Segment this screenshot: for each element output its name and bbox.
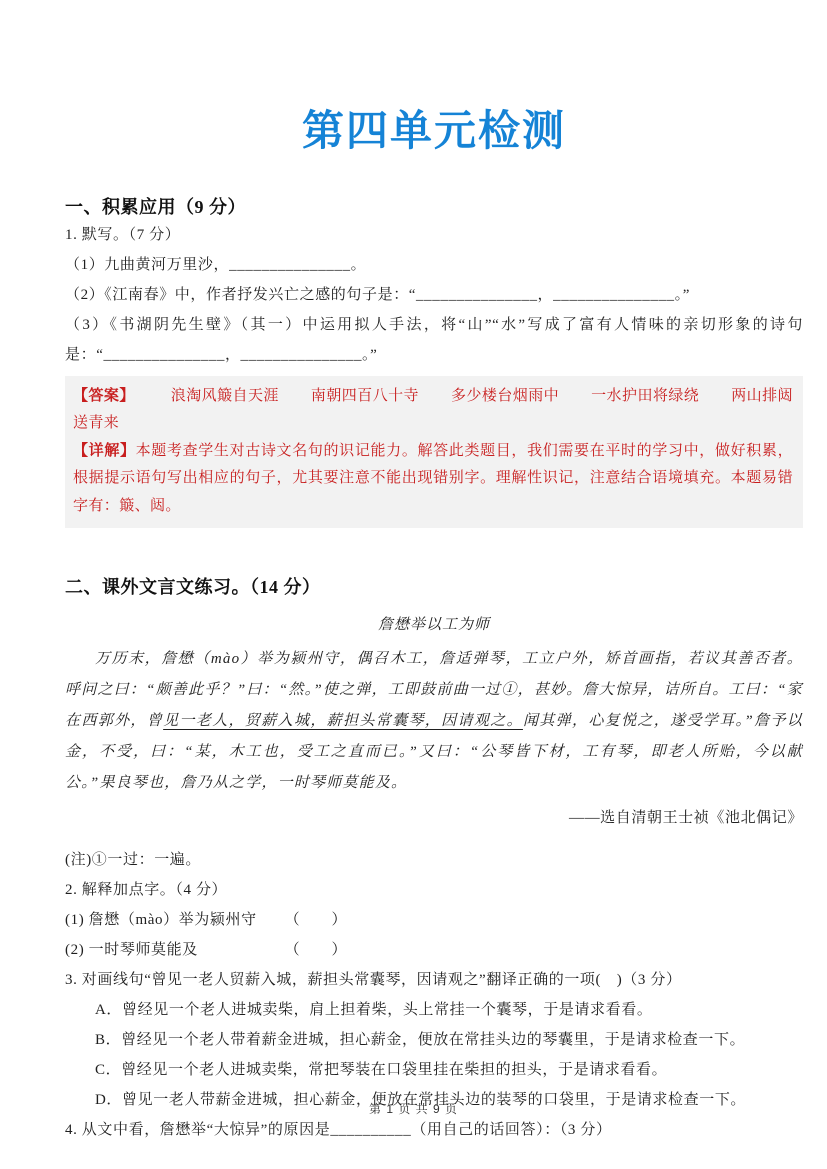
option-a: A．曾经见一个老人进城卖柴，肩上担着柴，头上常挂一个囊琴，于是请求看看。 [65, 995, 803, 1025]
question2-stem: 2. 解释加点字。（4 分） [65, 875, 803, 905]
answer-block: 【答案】浪淘风簸自天涯南朝四百八十寺多少楼台烟雨中一水护田将绿绕两山排闼送青来 … [65, 376, 803, 529]
item-number: (2) [65, 942, 84, 958]
answer-parentheses: （ ） [285, 942, 347, 958]
exam-title: 第四单元检测 [65, 105, 803, 158]
passage-note: (注)①一过：一遍。 [65, 845, 803, 875]
page-number: 第 1 页 共 9 页 [0, 1100, 827, 1117]
answer-item-4: 一水护田将绿绕 [591, 388, 699, 404]
item-number: (1) [65, 912, 84, 928]
question3-stem: 3. 对画线句“曾见一老人贸薪入城，薪担头常囊琴，因请观之”翻译正确的一项( )… [65, 965, 803, 995]
detail-label: 【详解】 [73, 443, 136, 459]
passage: 万历末，詹懋（mào）举为颍州守，偶召木工，詹适弹琴，工立户外，矫首画指，若议其… [65, 644, 803, 799]
section1-heading: 一、积累应用（9 分） [65, 194, 803, 220]
answer-line: 【答案】浪淘风簸自天涯南朝四百八十寺多少楼台烟雨中一水护田将绿绕两山排闼送青来 [73, 383, 793, 438]
question2-item-2: (2) 一时琴师莫能及（ ） [65, 935, 803, 965]
question1-item-2: （2）《江南春》中，作者抒发兴亡之感的句子是：“_______________，… [65, 280, 803, 310]
question3-options: A．曾经见一个老人进城卖柴，肩上担着柴，头上常挂一个囊琴，于是请求看看。 B．曾… [65, 995, 803, 1115]
question1-item-3: （3）《书湖阴先生壁》（其一）中运用拟人手法，将“山”“水”写成了富有人情味的亲… [65, 310, 803, 370]
question2-item-1: (1) 詹懋（mào）举为颍州守（ ） [65, 905, 803, 935]
answer-parentheses: （ ） [285, 912, 347, 928]
passage-title: 詹懋举以工为师 [65, 612, 803, 638]
passage-source: ——选自清朝王士祯《池北偶记》 [65, 803, 803, 833]
underlined-sentence: 见一老人，贸薪入城，薪担头常囊琴，因请观之。 [163, 713, 523, 729]
answer-item-2: 南朝四百八十寺 [311, 388, 419, 404]
document-page: 第四单元检测 一、积累应用（9 分） 1. 默写。（7 分） （1）九曲黄河万里… [0, 0, 827, 1169]
detail-line: 【详解】本题考查学生对古诗文名句的识记能力。解答此类题目，我们需要在平时的学习中… [73, 438, 793, 521]
item-text: 一时琴师莫能及 [89, 935, 285, 965]
detail-text: 本题考查学生对古诗文名句的识记能力。解答此类题目，我们需要在平时的学习中，做好积… [73, 443, 793, 514]
answer-item-1: 浪淘风簸自天涯 [171, 388, 279, 404]
question1-stem: 1. 默写。（7 分） [65, 220, 803, 250]
answer-label: 【答案】 [73, 388, 135, 404]
question1-items: （1）九曲黄河万里沙，_______________。 （2）《江南春》中，作者… [65, 250, 803, 370]
answer-item-3: 多少楼台烟雨中 [451, 388, 559, 404]
question4-stem: 4. 从文中看，詹懋举“大惊异”的原因是__________（用自己的话回答）：… [65, 1115, 803, 1145]
option-b: B．曾经见一个老人带着薪金进城，担心薪金，便放在常挂头边的琴囊里，于是请求检查一… [65, 1025, 803, 1055]
item-text: 詹懋（mào）举为颍州守 [89, 905, 285, 935]
option-c: C．曾经见一个老人进城卖柴，常把琴装在口袋里挂在柴担的担头，于是请求看看。 [65, 1055, 803, 1085]
section2-heading: 二、课外文言文练习。（14 分） [65, 574, 803, 600]
question1-item-1: （1）九曲黄河万里沙，_______________。 [65, 250, 803, 280]
